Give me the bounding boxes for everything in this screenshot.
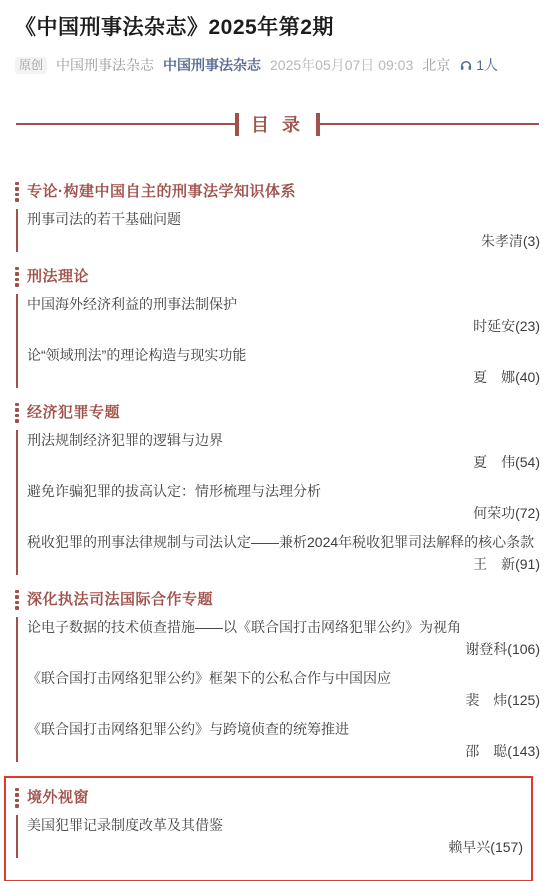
publish-datetime: 2025年05月07日 09:03 — [270, 55, 413, 75]
toc-section: 经济犯罪专题刑法规制经济犯罪的逻辑与边界夏 伟(54)避免诈骗犯罪的拔高认定：情… — [15, 402, 540, 575]
section-title: 经济犯罪专题 — [27, 402, 120, 423]
section-articles: 刑法规制经济犯罪的逻辑与边界夏 伟(54)避免诈骗犯罪的拔高认定：情形梳理与法理… — [16, 430, 540, 575]
article-title: 《联合国打击网络犯罪公约》与跨境侦查的统筹推进 — [27, 719, 540, 740]
article-title: 美国犯罪记录制度改革及其借鉴 — [27, 815, 523, 836]
account-link[interactable]: 中国刑事法杂志 — [163, 55, 261, 75]
section-bullet-dots-icon — [15, 590, 19, 610]
original-badge[interactable]: 原创 — [15, 57, 47, 74]
toc-heading: 目 录 — [239, 111, 316, 137]
page-title: 《中国刑事法杂志》2025年第2期 — [15, 14, 540, 42]
section-header: 深化执法司法国际合作专题 — [15, 589, 540, 610]
toc-article: 论电子数据的技术侦查措施——以《联合国打击网络犯罪公约》为视角谢登科(106) — [27, 617, 540, 660]
article-title: 《联合国打击网络犯罪公约》框架下的公私合作与中国因应 — [27, 668, 540, 689]
section-bullet-dots-icon — [15, 267, 19, 287]
section-bullet-dots-icon — [15, 403, 19, 423]
toc-article: 刑法规制经济犯罪的逻辑与边界夏 伟(54) — [27, 430, 540, 473]
toc-article: 《联合国打击网络犯罪公约》与跨境侦查的统筹推进邵 聪(143) — [27, 719, 540, 762]
section-header: 经济犯罪专题 — [15, 402, 540, 423]
section-articles: 美国犯罪记录制度改革及其借鉴赖早兴(157) — [16, 815, 523, 858]
headphone-icon — [459, 58, 473, 72]
toc-article: 美国犯罪记录制度改革及其借鉴赖早兴(157) — [27, 815, 523, 858]
article-title: 中国海外经济利益的刑事法制保护 — [27, 294, 540, 315]
toc-article: 论“领域刑法”的理论构造与现实功能夏 娜(40) — [27, 345, 540, 388]
toc-divider: 目 录 — [16, 111, 539, 137]
section-title: 专论·构建中国自主的刑事法学知识体系 — [27, 181, 296, 202]
toc-article: 税收犯罪的刑事法律规制与司法认定——兼析2024年税收犯罪司法解释的核心条款王 … — [27, 532, 540, 575]
toc-sections: 专论·构建中国自主的刑事法学知识体系刑事司法的若干基础问题朱孝清(3)刑法理论中… — [15, 181, 540, 881]
toc-article: 《联合国打击网络犯罪公约》框架下的公私合作与中国因应裴 炜(125) — [27, 668, 540, 711]
article-author-page: 朱孝清(3) — [27, 231, 540, 252]
toc-section: 刑法理论中国海外经济利益的刑事法制保护时延安(23)论“领域刑法”的理论构造与现… — [15, 266, 540, 388]
divider-line-left — [16, 123, 235, 125]
toc-article: 中国海外经济利益的刑事法制保护时延安(23) — [27, 294, 540, 337]
article-author-page: 王 新(91) — [27, 554, 540, 575]
byline: 原创 中国刑事法杂志 中国刑事法杂志 2025年05月07日 09:03 北京 … — [15, 55, 540, 75]
article-title: 避免诈骗犯罪的拔高认定：情形梳理与法理分析 — [27, 481, 540, 502]
publish-location: 北京 — [422, 55, 450, 75]
section-header: 刑法理论 — [15, 266, 540, 287]
section-articles: 论电子数据的技术侦查措施——以《联合国打击网络犯罪公约》为视角谢登科(106)《… — [16, 617, 540, 762]
section-title: 刑法理论 — [27, 266, 89, 287]
article-title: 刑法规制经济犯罪的逻辑与边界 — [27, 430, 540, 451]
section-title: 深化执法司法国际合作专题 — [27, 589, 213, 610]
section-header: 专论·构建中国自主的刑事法学知识体系 — [15, 181, 540, 202]
toc-article: 刑事司法的若干基础问题朱孝清(3) — [27, 209, 540, 252]
article-author-page: 何荣功(72) — [27, 503, 540, 524]
section-header: 境外视窗 — [15, 787, 523, 808]
article-author-page: 裴 炜(125) — [27, 690, 540, 711]
article-author-page: 邵 聪(143) — [27, 741, 540, 762]
article-author-page: 谢登科(106) — [27, 639, 540, 660]
article-author-page: 夏 娜(40) — [27, 367, 540, 388]
section-articles: 刑事司法的若干基础问题朱孝清(3) — [16, 209, 540, 252]
divider-line-right — [320, 123, 539, 125]
highlight-annotation-box: 境外视窗美国犯罪记录制度改革及其借鉴赖早兴(157) — [4, 776, 533, 881]
article-title: 税收犯罪的刑事法律规制与司法认定——兼析2024年税收犯罪司法解释的核心条款 — [27, 532, 540, 553]
listen-button[interactable]: 1人 — [459, 55, 498, 75]
toc-section: 专论·构建中国自主的刑事法学知识体系刑事司法的若干基础问题朱孝清(3) — [15, 181, 540, 252]
toc-article: 避免诈骗犯罪的拔高认定：情形梳理与法理分析何荣功(72) — [27, 481, 540, 524]
article-page: 《中国刑事法杂志》2025年第2期 原创 中国刑事法杂志 中国刑事法杂志 202… — [0, 0, 553, 881]
listen-count: 1人 — [476, 55, 498, 75]
article-author-page: 夏 伟(54) — [27, 452, 540, 473]
article-title: 论电子数据的技术侦查措施——以《联合国打击网络犯罪公约》为视角 — [27, 617, 540, 638]
byline-author-name: 中国刑事法杂志 — [56, 55, 154, 75]
section-articles: 中国海外经济利益的刑事法制保护时延安(23)论“领域刑法”的理论构造与现实功能夏… — [16, 294, 540, 388]
section-bullet-dots-icon — [15, 788, 19, 808]
article-title: 论“领域刑法”的理论构造与现实功能 — [27, 345, 540, 366]
section-bullet-dots-icon — [15, 182, 19, 202]
article-author-page: 时延安(23) — [27, 316, 540, 337]
article-title: 刑事司法的若干基础问题 — [27, 209, 540, 230]
section-title: 境外视窗 — [27, 787, 89, 808]
article-author-page: 赖早兴(157) — [27, 837, 523, 858]
toc-section: 深化执法司法国际合作专题论电子数据的技术侦查措施——以《联合国打击网络犯罪公约》… — [15, 589, 540, 762]
